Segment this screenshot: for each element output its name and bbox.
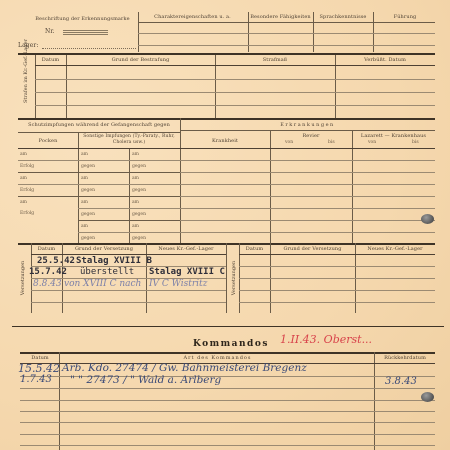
kommando-col-return: Rückkehrdatum: [375, 355, 435, 361]
row-line: [78, 232, 180, 233]
transfer-1-reason: Stalag XVIII B: [76, 256, 152, 266]
vacc-label: am: [132, 176, 139, 181]
vacc-label: am: [20, 152, 27, 157]
row-line: [138, 33, 435, 34]
transfer-1-date: 25.5.42: [37, 256, 75, 266]
divider: [248, 12, 249, 52]
vacc-label: Erfolg: [20, 164, 34, 169]
divider: [270, 130, 271, 243]
divider: [313, 12, 314, 52]
col-date: Datum: [35, 57, 66, 63]
divider: [374, 352, 375, 450]
row-line: [138, 22, 435, 23]
row-line: [180, 232, 435, 233]
transfer-3-date: 8.8.43: [33, 279, 62, 289]
vacc-label: gegen: [132, 236, 146, 241]
divider: [352, 130, 353, 243]
kommandos-title: Kommandos: [193, 339, 269, 349]
vacc-label: am: [20, 200, 27, 205]
kommando-2-return: 3.8.43: [385, 376, 417, 387]
col-sentence: Strafmaß: [215, 57, 335, 63]
transfers-right-side-label: Versetzungen: [231, 258, 237, 298]
transfer-col-date: Datum: [31, 246, 62, 252]
illnesses-header: Erkrankungen: [180, 122, 435, 128]
nr-line-1: [63, 30, 108, 31]
row-line: [31, 302, 226, 303]
row-line: [180, 148, 435, 149]
hospital-to: bis: [412, 140, 419, 145]
col-illness: Krankheit: [180, 138, 270, 144]
vacc-label: Erfolg: [20, 188, 34, 193]
vacc-label: gegen: [132, 164, 146, 169]
row-line: [239, 254, 435, 255]
row-line: [18, 184, 180, 185]
row-line: [180, 220, 435, 221]
paper-background: [0, 0, 450, 450]
vacc-label: am: [132, 200, 139, 205]
transfer-2-camp: Stalag XVIII C: [149, 267, 225, 277]
hospital-from: von: [368, 140, 376, 145]
row-line: [78, 208, 180, 209]
col-punishment-reason: Grund der Bestrafung: [66, 57, 215, 63]
vacc-label: gegen: [81, 164, 95, 169]
section-divider: [18, 53, 435, 55]
col-character: Charaktereigenschaften u. a.: [140, 14, 245, 20]
col-skills: Besondere Fähigkeiten: [248, 14, 313, 20]
nr-line-2: [63, 32, 108, 33]
transfer-3-camp: IV C Wistritz: [149, 279, 207, 289]
punch-hole: [421, 392, 434, 402]
infirmary-to: bis: [328, 140, 335, 145]
transfer-2-reason: überstellt: [80, 267, 134, 277]
vacc-label: am: [81, 176, 88, 181]
transfer-right-col-reason: Grund der Versetzung: [270, 246, 355, 252]
kommando-col-date: Datum: [20, 355, 60, 361]
section-divider: [20, 352, 435, 354]
transfer-right-col-camp: Neues Kr.-Gef.-Lager: [355, 246, 435, 252]
kommando-2-type: " " 27473 / " Wald a. Arlberg: [70, 374, 221, 386]
row-line: [20, 400, 435, 401]
kommando-2-date: 1.7.43: [20, 374, 52, 385]
col-hospital: Lazarett — Krankenhaus: [352, 133, 435, 139]
vacc-label: am: [132, 224, 139, 229]
divider: [180, 118, 181, 243]
vacc-label: am: [81, 152, 88, 157]
row-line: [20, 445, 435, 446]
row-line: [18, 160, 180, 161]
col-conduct: Führung: [375, 14, 435, 20]
kommando-col-type: Art des Kommandos: [60, 355, 375, 361]
transfer-2-date: 15.7.42: [29, 267, 67, 277]
row-line: [31, 254, 226, 255]
row-line: [180, 160, 435, 161]
row-line: [18, 148, 180, 149]
fold-line: [12, 326, 444, 327]
row-line: [20, 411, 435, 412]
row-line: [18, 196, 180, 197]
lager-line: [42, 48, 136, 50]
vacc-label: am: [20, 176, 27, 181]
row-line: [180, 172, 435, 173]
vacc-label: am: [81, 200, 88, 205]
punch-hole: [421, 214, 434, 224]
transfer-3-reason: von XVIII C nach: [64, 279, 141, 289]
nr-label: Nr.: [45, 28, 55, 35]
row-line: [180, 196, 435, 197]
row-line: [138, 45, 435, 46]
col-served-date: Verbüßt. Datum: [335, 57, 435, 63]
vacc-label: gegen: [132, 212, 146, 217]
row-line: [180, 208, 435, 209]
vacc-label: gegen: [81, 212, 95, 217]
row-line: [35, 65, 435, 66]
vacc-label: gegen: [81, 188, 95, 193]
transfers-side-label: Versetzungen: [20, 258, 26, 298]
divider: [138, 12, 139, 52]
col-smallpox: Pocken: [18, 138, 78, 144]
row-line: [31, 290, 226, 291]
row-line: [18, 132, 180, 133]
divider: [373, 12, 374, 52]
vacc-label: gegen: [81, 236, 95, 241]
row-line: [20, 388, 435, 389]
vacc-label: am: [132, 152, 139, 157]
row-line: [239, 290, 435, 291]
row-line: [180, 184, 435, 185]
row-line: [239, 266, 435, 267]
vacc-label: Erfolg: [20, 211, 34, 216]
col-languages: Sprachkenntnisse: [313, 14, 373, 20]
col-infirmary: Revier: [270, 133, 352, 139]
transfer-col-reason: Grund der Versetzung: [62, 246, 146, 252]
row-line: [20, 434, 435, 435]
divider: [226, 243, 227, 313]
transfer-col-camp: Neues Kr.-Gef.-Lager: [146, 246, 226, 252]
row-line: [35, 92, 435, 93]
identification-tag-header: Beschriftung der Erkennungsmarke: [30, 16, 135, 22]
section-divider: [18, 118, 435, 120]
row-line: [180, 130, 435, 131]
row-line: [18, 172, 180, 173]
red-annotation: 1.II.43. Oberst...: [280, 333, 372, 346]
vacc-label: am: [81, 224, 88, 229]
vaccinations-header: Schutzimpfungen während der Gefangenscha…: [18, 122, 180, 128]
row-line: [35, 105, 435, 106]
row-line: [78, 220, 180, 221]
kommando-1-type: Arb. Kdo. 27474 / Gw. Bahnmeisterei Breg…: [62, 362, 307, 374]
col-other-vaccinations: Sonstige Impfungen (Ty.-Paraty., Ruhr, C…: [78, 134, 180, 146]
row-line: [239, 302, 435, 303]
row-line: [20, 422, 435, 423]
row-line: [35, 79, 435, 80]
infirmary-from: von: [285, 140, 293, 145]
punishments-side-label: Strafen im Kr.-Gef.-Lager: [23, 63, 29, 103]
transfer-right-col-date: Datum: [239, 246, 270, 252]
nr-line-3: [63, 34, 108, 35]
vacc-label: gegen: [132, 188, 146, 193]
row-line: [239, 278, 435, 279]
